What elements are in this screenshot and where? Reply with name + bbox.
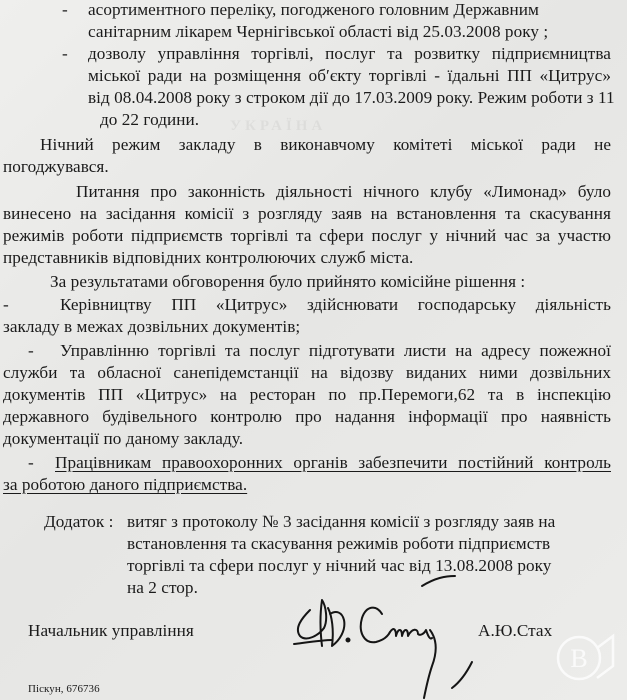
show-through-text: УКРАЇНА	[230, 118, 326, 135]
paragraph-line: режимів роботи підприємств торгівлі та с…	[3, 226, 611, 246]
decision-line-underlined: Працівникам правоохоронних органів забез…	[55, 453, 611, 473]
decision-line: державного будівельного контролю про над…	[3, 407, 611, 427]
document-page: УКРАЇНА - асортиментного переліку, погод…	[0, 0, 627, 700]
handwritten-signature-icon	[280, 570, 500, 700]
doc-line: до 22 години.	[100, 110, 199, 130]
decision-line-underlined: за роботою даного підприємства.	[3, 475, 247, 495]
paragraph-line: Нічний режим закладу в виконавчому коміт…	[40, 135, 611, 155]
svg-text:В: В	[570, 644, 587, 673]
doc-line: дозволу управління торгівлі, послуг та р…	[88, 44, 611, 64]
attachment-line: встановлення та скасування режимів робот…	[127, 534, 550, 554]
decision-line: служби та обласної санепідемстанції на в…	[3, 363, 611, 383]
decision-line: документації по даному закладу.	[3, 429, 243, 449]
paragraph-line: представників відповідних контролюючих с…	[3, 248, 413, 268]
decision-dash: -	[3, 295, 9, 315]
doc-line: міської ради на розміщення об′єкту торгі…	[88, 66, 611, 86]
doc-line: асортиментного переліку, погодженого гол…	[88, 0, 611, 20]
signatory-name: А.Ю.Стах	[478, 621, 552, 641]
decision-line: Управлінню торгівлі та послуг підготуват…	[60, 341, 611, 361]
bullet-dash: -	[62, 44, 68, 64]
paragraph-line: винесено на засідання комісії з розгляду…	[3, 204, 611, 224]
footer-note: Піскун, 676736	[28, 682, 100, 696]
decision-line: документів ПП «Цитрус» на ресторан по пр…	[3, 385, 611, 405]
paragraph-line: погоджувався.	[3, 157, 109, 177]
bullet-dash: -	[62, 0, 68, 20]
doc-line-text: асортиментного переліку, погодженого гол…	[88, 0, 539, 20]
decision-dash: -	[28, 453, 34, 473]
attachment-label: Додаток :	[44, 512, 114, 532]
attachment-line: на 2 стор.	[127, 578, 198, 598]
decision-intro: За результатами обговорення було прийнят…	[50, 272, 525, 292]
doc-line: від 08.04.2008 року з строком дії до 17.…	[88, 88, 611, 108]
paragraph-line: Питання про законність діяльності нічног…	[76, 182, 611, 202]
signatory-position: Начальник управління	[28, 621, 194, 641]
decision-line: Керівництву ПП «Цитрус» здійснювати госп…	[60, 295, 611, 315]
decision-line: закладу в межах дозвільних документів;	[3, 317, 300, 337]
publisher-watermark-logo-icon: В	[555, 628, 619, 684]
decision-dash: -	[28, 341, 34, 361]
doc-line: санітарним лікарем Чернігівської області…	[88, 22, 548, 42]
attachment-line: витяг з протоколу № 3 засідання комісії …	[127, 512, 555, 532]
